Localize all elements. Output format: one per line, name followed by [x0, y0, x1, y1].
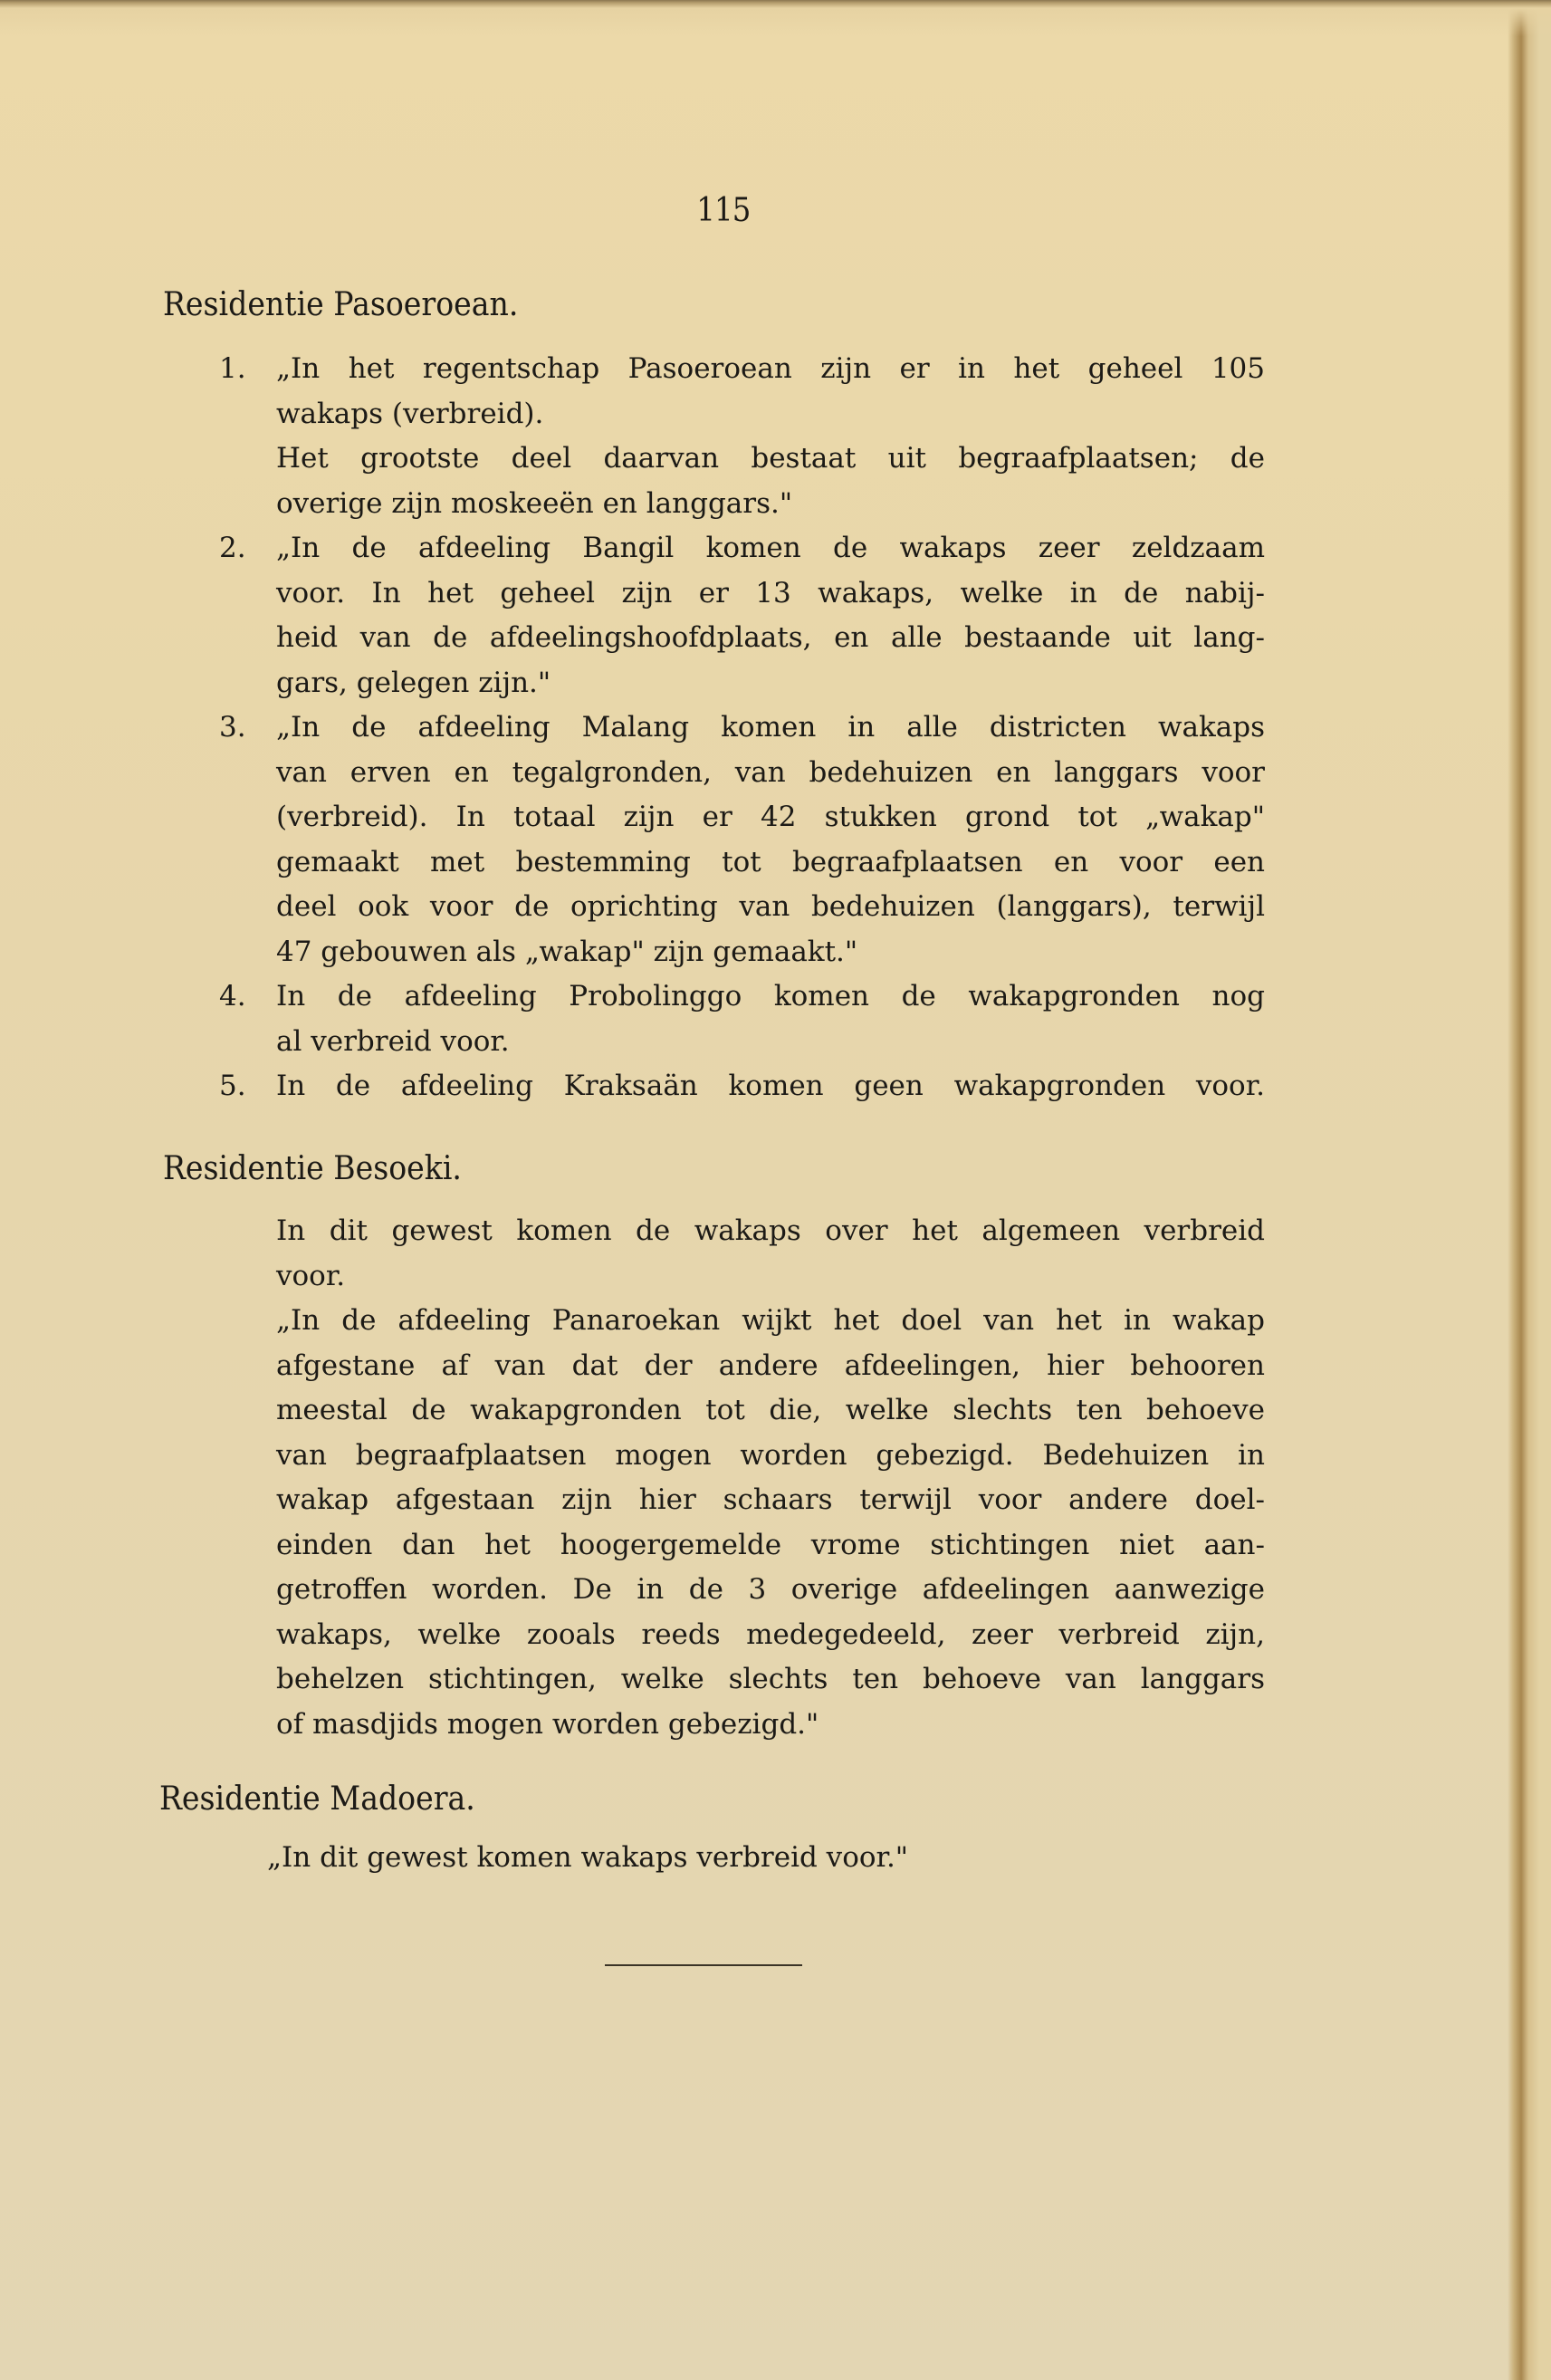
text-line: deel ook voor de oprichting van bedehuiz… [276, 885, 1265, 930]
text-line: wakaps (verbreid). [276, 392, 1265, 437]
list-item-3: 3. „In de afdeeling Malang komen in alle… [276, 705, 1265, 974]
text-line: heid van de afdeelingshoofdplaats, en al… [276, 616, 1265, 661]
text-line: „In dit gewest komen wakaps verbreid voo… [267, 1836, 1082, 1881]
text-line: overige zijn moskeeën en langgars." [276, 482, 1265, 527]
text-line: 47 gebouwen als „wakap" zijn gemaakt." [276, 930, 1265, 975]
text-line: gemaakt met bestemming tot begraafplaats… [276, 840, 1265, 886]
list-item-4: 4. In de afdeeling Probolinggo komen de … [276, 974, 1265, 1064]
text-line: of masdjids mogen worden gebezigd." [276, 1703, 1265, 1748]
text-line: In dit gewest komen de wakaps over het a… [276, 1209, 1265, 1254]
text-line: behelzen stichtingen, welke slechts ten … [276, 1657, 1265, 1703]
document-page: 115 Residentie Pasoeroean. 1. „In het re… [0, 0, 1551, 2380]
list-item-2: 2. „In de afdeeling Bangil komen de waka… [276, 526, 1265, 705]
item-number: 4. [219, 974, 246, 1020]
text-line: (verbreid). In totaal zijn er 42 stukken… [276, 795, 1265, 840]
text-line: einden dan het hoogergemelde vrome stich… [276, 1523, 1265, 1569]
text-line: „In de afdeeling Bangil komen de wakaps … [276, 526, 1265, 571]
text-line: voor. [276, 1254, 1265, 1300]
list-item-1: 1. „In het regentschap Pasoeroean zijn e… [276, 347, 1265, 526]
item-number: 5. [219, 1064, 246, 1109]
text-line: In de afdeeling Kraksaän komen geen waka… [276, 1064, 1265, 1109]
text-line: van erven en tegalgronden, van bedehuize… [276, 751, 1265, 796]
text-line: voor. In het geheel zijn er 13 wakaps, w… [276, 571, 1265, 617]
list-item-5: 5. In de afdeeling Kraksaän komen geen w… [276, 1064, 1265, 1109]
text-line: meestal de wakapgronden tot die, welke s… [276, 1388, 1265, 1434]
text-line: wakap afgestaan zijn hier schaars terwij… [276, 1478, 1265, 1523]
text-line: In de afdeeling Probolinggo komen de wak… [276, 974, 1265, 1020]
pasoeroean-list: 1. „In het regentschap Pasoeroean zijn e… [276, 347, 1265, 1109]
section-heading-madoera: Residentie Madoera. [159, 1780, 475, 1818]
item-number: 3. [219, 705, 246, 751]
section-heading-besoeki: Residentie Besoeki. [163, 1150, 462, 1187]
text-line: van begraafplaatsen mogen worden gebezig… [276, 1434, 1265, 1479]
text-line: al verbreid voor. [276, 1020, 1265, 1065]
text-line: gars, gelegen zijn." [276, 661, 1265, 706]
item-number: 2. [219, 526, 246, 571]
madoera-paragraph: „In dit gewest komen wakaps verbreid voo… [267, 1836, 1082, 1881]
text-line: getroffen worden. De in de 3 overige afd… [276, 1568, 1265, 1613]
text-line: afgestane af van dat der andere afdeelin… [276, 1344, 1265, 1389]
text-line: Het grootste deel daarvan bestaat uit be… [276, 437, 1265, 482]
section-end-rule [605, 1964, 802, 1966]
text-line: „In de afdeeling Panaroekan wijkt het do… [276, 1299, 1265, 1344]
besoeki-paragraph: In dit gewest komen de wakaps over het a… [276, 1209, 1265, 1747]
text-line: „In het regentschap Pasoeroean zijn er i… [276, 347, 1265, 392]
page-number: 115 [0, 192, 1551, 229]
section-heading-pasoeroean: Residentie Pasoeroean. [163, 286, 518, 323]
text-line: wakaps, welke zooals reeds medegedeeld, … [276, 1613, 1265, 1658]
item-number: 1. [219, 347, 246, 392]
text-line: „In de afdeeling Malang komen in alle di… [276, 705, 1265, 751]
